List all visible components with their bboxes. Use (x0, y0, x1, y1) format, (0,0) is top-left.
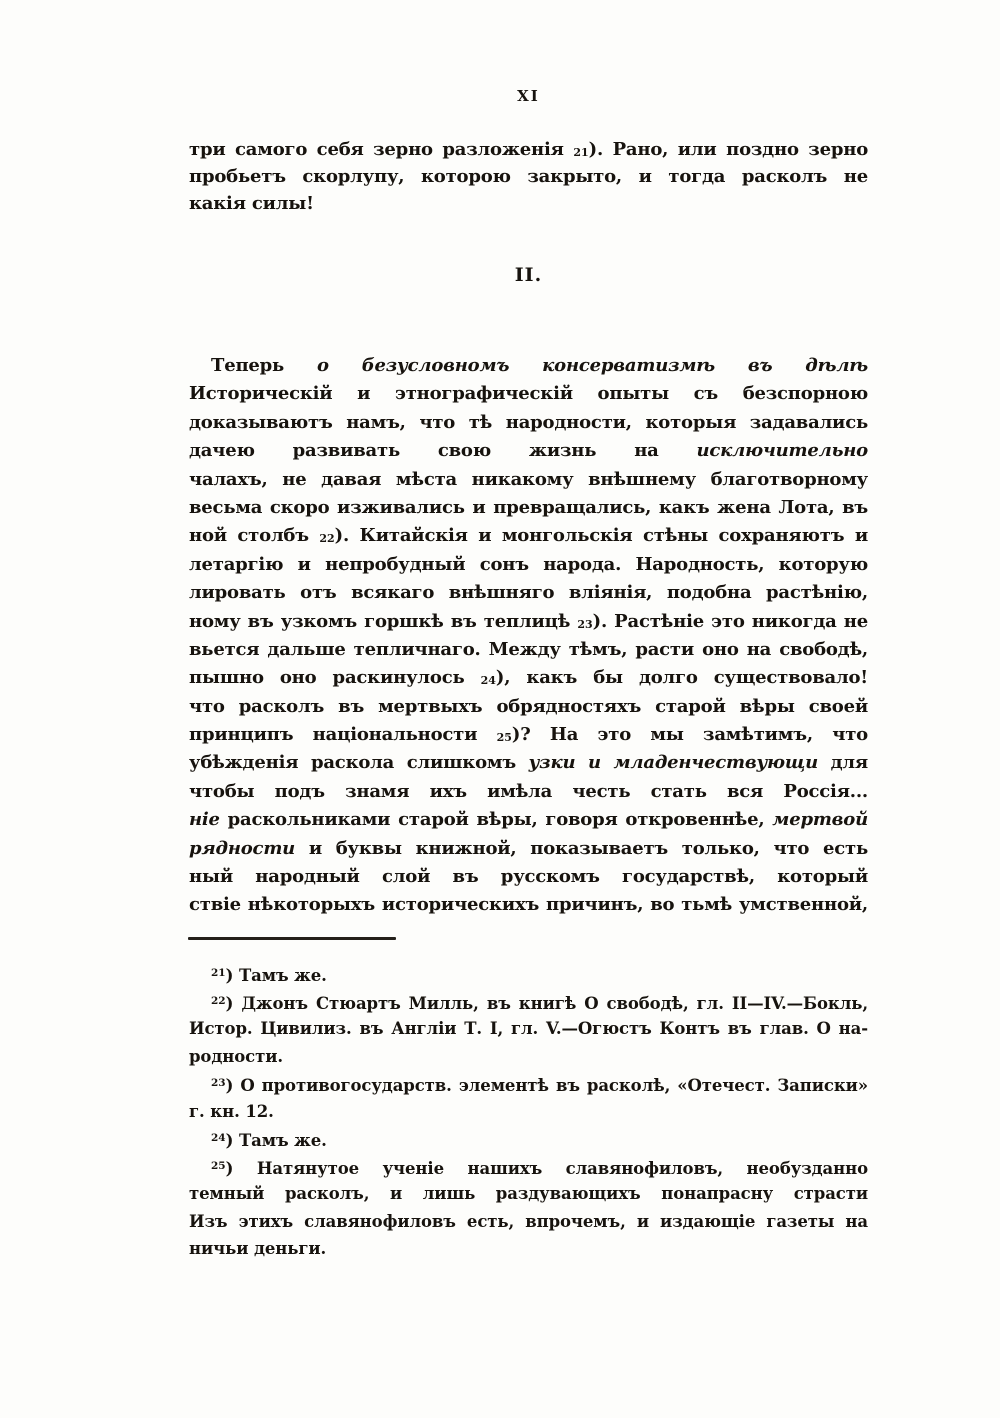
text-line: 24) Тамъ же. (189, 1125, 868, 1153)
text-line: 25) Натянутое ученіе нашихъ славянофилов… (189, 1153, 868, 1181)
text-run: весьма скоро изживались и превращались, … (189, 497, 868, 522)
text-line: ствіе нѣкоторыхъ историческихъ причинъ, … (189, 891, 868, 919)
footnote: 22) Джонъ Стюартъ Милль, въ книгѣ О своб… (189, 988, 868, 1071)
text-run: г. кн. 12. (189, 1102, 274, 1121)
text-line: ной столбъ 22). Китайскія и монгольскія … (189, 522, 868, 550)
text-run: какія силы! (189, 193, 314, 214)
italic-run: узки и младенчествующи (529, 752, 818, 773)
text-run: раскольниками старой вѣры, говоря откров… (220, 809, 772, 830)
text-line: принципъ національности 25)? На это мы з… (189, 721, 868, 749)
text-run: лировать отъ всякаго внѣшняго вліянія, п… (189, 582, 868, 607)
text-line: Истор. Цивилиз. въ Англіи Т. I, гл. V.—О… (189, 1015, 868, 1043)
text-line: ніе раскольниками старой вѣры, говоря от… (189, 806, 868, 834)
text-run: ной столбъ (189, 525, 319, 546)
text-run: пробьетъ скорлупу, которою закрыто, и то… (189, 166, 868, 190)
page-number: XI (189, 86, 868, 106)
footnote: 21) Тамъ же. (189, 960, 868, 988)
text-line: 23) О противогосударств. элементѣ въ рас… (189, 1070, 868, 1098)
italic-run: ніе (189, 809, 220, 830)
text-line: г. кн. 12. (189, 1098, 868, 1126)
footnote-ref: 25 (497, 731, 512, 744)
text-line: 22) Джонъ Стюартъ Милль, въ книгѣ О своб… (189, 988, 868, 1016)
text-line: что расколъ въ мертвыхъ обрядностяхъ ста… (189, 693, 868, 721)
text-run: ) Натянутое ученіе нашихъ славянофиловъ,… (189, 1159, 868, 1181)
text-line: пышно оно раскинулось 24), какъ бы долго… (189, 664, 868, 692)
text-run: доказываютъ намъ, что тѣ народности, кот… (189, 412, 868, 433)
italic-run: рядности (189, 838, 295, 859)
text-line: рядности и буквы книжной, показываетъ то… (189, 835, 868, 863)
footnote-marker: 24 (211, 1132, 226, 1144)
text-line: чалахъ, не давая мѣста никакому внѣшнему… (189, 466, 868, 494)
footnote-rule (188, 937, 396, 940)
text-run: ный народный слой въ русскомъ государств… (189, 866, 868, 891)
text-run: Историческій и этнографическій опыты съ … (189, 383, 868, 408)
footnote-marker: 21 (211, 967, 226, 979)
text-line: доказываютъ намъ, что тѣ народности, кот… (189, 409, 868, 437)
text-run: ничьи деньги. (189, 1239, 326, 1258)
text-line: весьма скоро изживались и превращались, … (189, 494, 868, 522)
text-run: ному въ узкомъ горшкѣ въ теплицѣ (189, 611, 577, 632)
section-heading: II. (189, 262, 868, 288)
footnote-ref: 23 (577, 618, 592, 631)
text-run: чалахъ, не давая мѣста никакому внѣшнему… (189, 469, 868, 494)
intro-paragraph: три самого себя зерно разложенія 21). Ра… (189, 136, 868, 218)
text-run: вьется дальше тепличнаго. Между тѣмъ, ра… (189, 639, 868, 664)
footnote-ref: 22 (319, 532, 334, 545)
footnote-marker: 25 (211, 1160, 226, 1172)
text-line: Историческій и этнографическій опыты съ … (189, 380, 868, 408)
text-line: родности. (189, 1043, 868, 1071)
text-run: летаргію и непробудный сонъ народа. Наро… (189, 554, 868, 579)
text-line: какія силы! (189, 190, 868, 217)
text-run: чтобы подъ знамя ихъ имѣла честь стать в… (189, 781, 868, 802)
text-run: принципъ національности (189, 724, 497, 745)
text-run: Истор. Цивилиз. въ Англіи Т. I, гл. V.—О… (189, 1019, 868, 1038)
text-line: ный народный слой въ русскомъ государств… (189, 863, 868, 891)
italic-run: исключительно (697, 440, 868, 461)
body-paragraph: Теперь о безусловномъ консерватизмѣ въ д… (189, 352, 868, 920)
text-run: ) Тамъ же. (226, 1131, 327, 1150)
footnote-marker: 22 (211, 995, 226, 1007)
text-run: родности. (189, 1047, 283, 1066)
footnote: 23) О противогосударств. элементѣ въ рас… (189, 1070, 868, 1125)
text-run: Теперь (211, 355, 317, 376)
text-line: три самого себя зерно разложенія 21). Ра… (189, 136, 868, 163)
text-line: чтобы подъ знамя ихъ имѣла честь стать в… (189, 778, 868, 806)
text-line: Теперь о безусловномъ консерватизмѣ въ д… (189, 352, 868, 380)
footnote: 25) Натянутое ученіе нашихъ славянофилов… (189, 1153, 868, 1263)
text-line: ному въ узкомъ горшкѣ въ теплицѣ 23). Ра… (189, 608, 868, 636)
text-run: пышно оно раскинулось (189, 667, 481, 688)
text-line: темный расколъ, и лишь раздувающихъ пона… (189, 1180, 868, 1208)
text-line: летаргію и непробудный сонъ народа. Наро… (189, 551, 868, 579)
text-line: 21) Тамъ же. (189, 960, 868, 988)
text-line: убѣжденія раскола слишкомъ узки и младен… (189, 749, 868, 777)
text-line: вьется дальше тепличнаго. Между тѣмъ, ра… (189, 636, 868, 664)
text-run: ) О противогосударств. элементѣ въ раско… (189, 1076, 868, 1098)
text-run: три самого себя зерно разложенія (189, 139, 573, 160)
footnote: 24) Тамъ же. (189, 1125, 868, 1153)
text-line: дачею развивать свою жизнь на исключител… (189, 437, 868, 465)
text-run: ) Тамъ же. (226, 966, 327, 985)
text-run: дачею развивать свою жизнь на (189, 440, 697, 461)
text-run: ) Джонъ Стюартъ Милль, въ книгѣ О свобод… (226, 994, 868, 1013)
text-line: Изъ этихъ славянофиловъ есть, впрочемъ, … (189, 1208, 868, 1236)
scanned-book-page: XI три самого себя зерно разложенія 21).… (0, 0, 1000, 1418)
footnote-ref: 21 (573, 146, 588, 159)
text-run: убѣжденія раскола слишкомъ (189, 752, 529, 773)
text-run: ствіе нѣкоторыхъ историческихъ причинъ, … (189, 894, 868, 919)
text-run: что расколъ въ мертвыхъ обрядностяхъ ста… (189, 696, 868, 721)
footnotes: 21) Тамъ же.22) Джонъ Стюартъ Милль, въ … (189, 960, 868, 1263)
footnote-ref: 24 (481, 674, 496, 687)
footnote-marker: 23 (211, 1077, 226, 1089)
text-run: темный расколъ, и лишь раздувающихъ пона… (189, 1184, 868, 1208)
text-run: Изъ этихъ славянофиловъ есть, впрочемъ, … (189, 1212, 868, 1236)
text-line: пробьетъ скорлупу, которою закрыто, и то… (189, 163, 868, 190)
text-line: ничьи деньги. (189, 1235, 868, 1263)
text-line: лировать отъ всякаго внѣшняго вліянія, п… (189, 579, 868, 607)
